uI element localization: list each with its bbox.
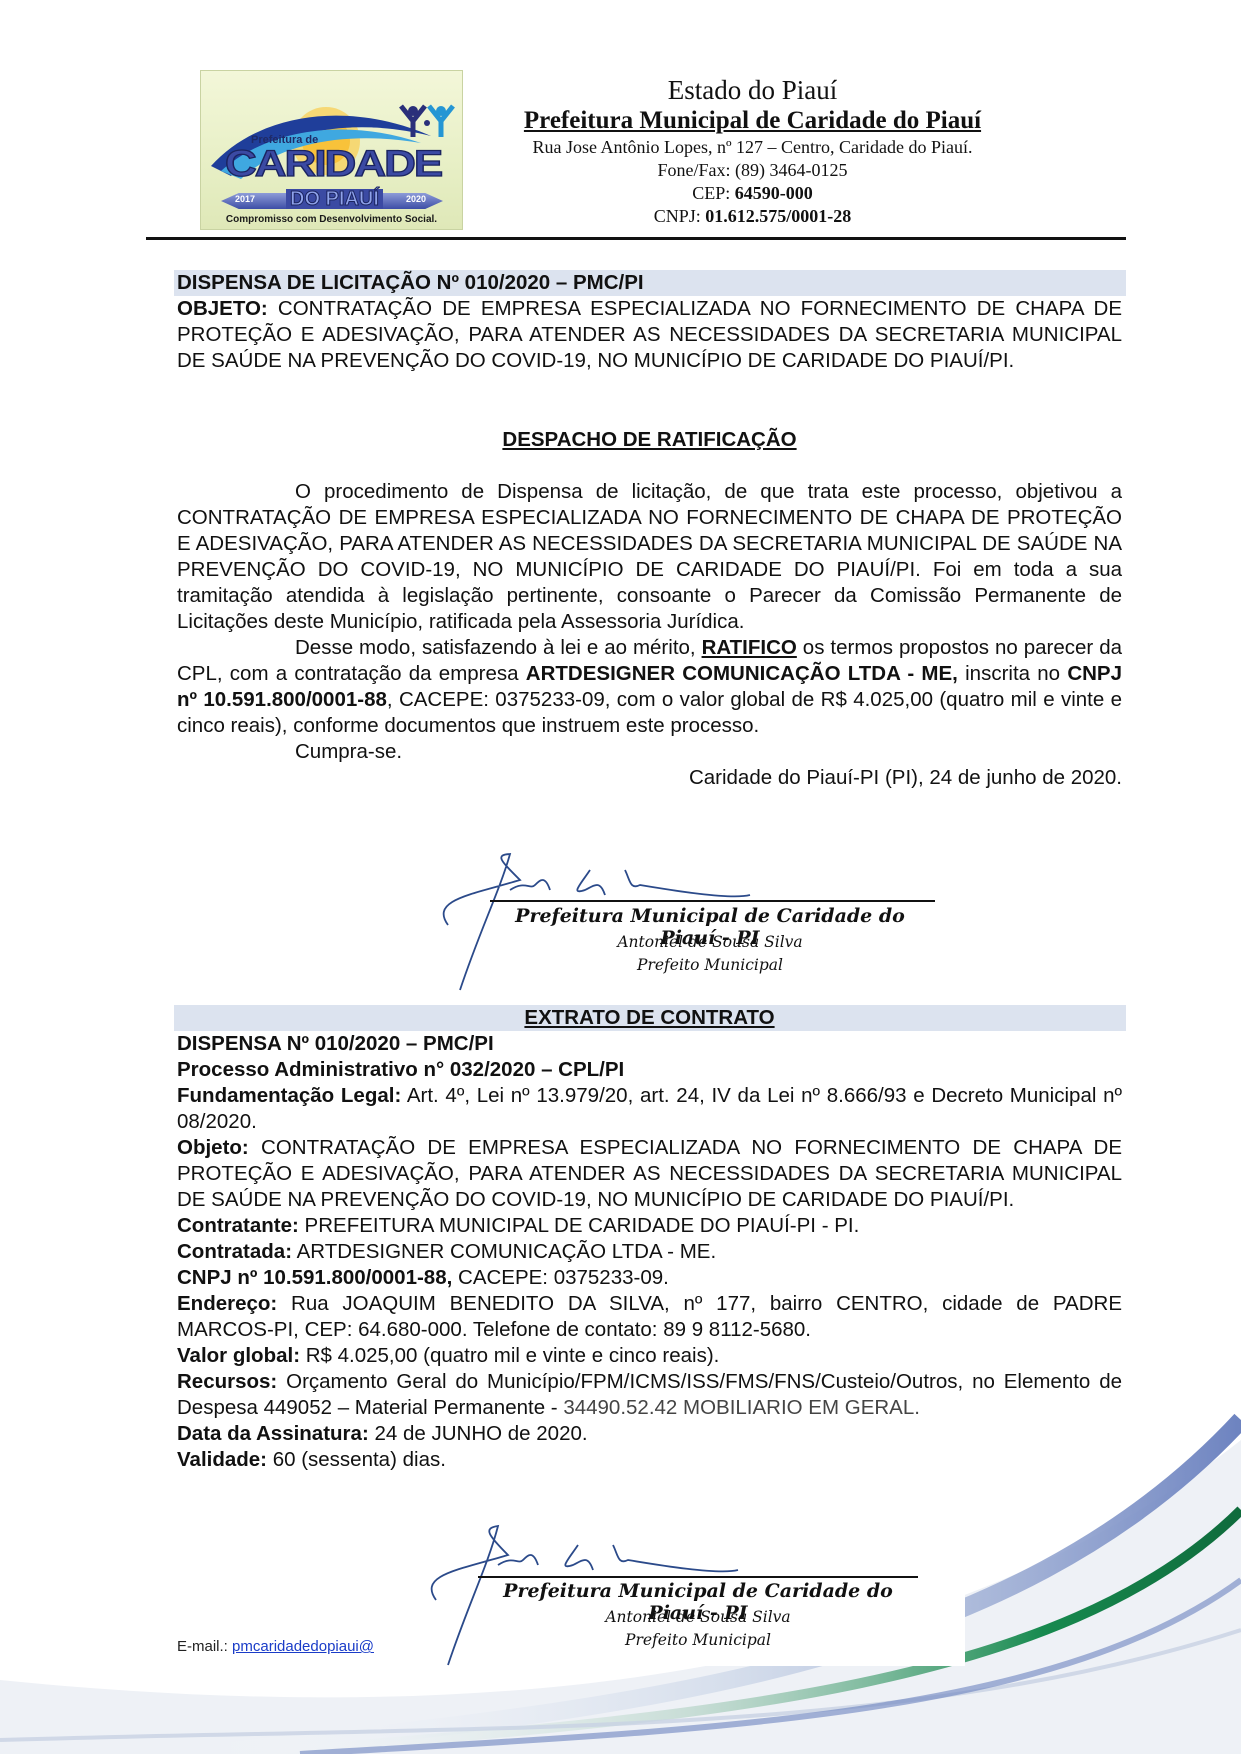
signature-role: Prefeito Municipal [485, 956, 935, 974]
phone: Fone/Fax: (89) 3464-0125 [480, 159, 1025, 182]
dispensa-title: DISPENSA DE LICITAÇÃO Nº 010/2020 – PMC/… [177, 270, 1122, 296]
signature-block: Prefeitura Municipal de Caridade do Piau… [418, 1520, 978, 1670]
field-data-assinatura: Data da Assinatura: 24 de JUNHO de 2020. [177, 1421, 1122, 1447]
field-recursos: Recursos: Orçamento Geral do Município/F… [177, 1369, 1122, 1421]
objeto-label: OBJETO: [177, 297, 268, 320]
header-divider [146, 237, 1126, 240]
signature-block: Prefeitura Municipal de Caridade do Piau… [430, 850, 990, 1000]
cep: CEP: 64590-000 [480, 182, 1025, 205]
municipality-logo: Prefeitura de CARIDADE 2017 2020 DO PIAU… [200, 70, 463, 230]
logo-name: CARIDADE [225, 143, 441, 186]
ratifico: RATIFICO [702, 636, 797, 659]
logo-year-end: 2020 [406, 194, 426, 204]
field-cnpj: CNPJ nº 10.591.800/0001-88, CACEPE: 0375… [177, 1265, 1122, 1291]
objeto-text: CONTRATAÇÃO DE EMPRESA ESPECIALIZADA NO … [177, 297, 1122, 372]
company-name: ARTDESIGNER COMUNICAÇÃO LTDA - ME, [526, 662, 958, 685]
logo-subtitle: DO PIAUÍ [286, 189, 383, 209]
cnpj-value: 01.612.575/0001-28 [705, 206, 851, 226]
field-objeto: Objeto: CONTRATAÇÃO DE EMPRESA ESPECIALI… [177, 1135, 1122, 1213]
field-validade: Validade: 60 (sessenta) dias. [177, 1447, 1122, 1473]
dispensa-objeto: OBJETO: CONTRATAÇÃO DE EMPRESA ESPECIALI… [177, 296, 1122, 374]
extrato-section: EXTRATO DE CONTRATO DISPENSA Nº 010/2020… [177, 1005, 1122, 1473]
letterhead: Estado do Piauí Prefeitura Municipal de … [480, 74, 1025, 228]
logo-tagline: Compromisso com Desenvolvimento Social. [201, 214, 462, 225]
municipality-name: Prefeitura Municipal de Caridade do Piau… [480, 106, 1025, 136]
logo-year-start: 2017 [235, 194, 255, 204]
cumpra-se: Cumpra-se. [177, 739, 1122, 765]
field-valor: Valor global: R$ 4.025,00 (quatro mil e … [177, 1343, 1122, 1369]
field-contratante: Contratante: PREFEITURA MUNICIPAL DE CAR… [177, 1213, 1122, 1239]
cnpj: CNPJ: 01.612.575/0001-28 [480, 205, 1025, 228]
email-label: E-mail.: [177, 1638, 232, 1655]
dispensa-section: DISPENSA DE LICITAÇÃO Nº 010/2020 – PMC/… [177, 270, 1122, 374]
cep-label: CEP: [692, 183, 735, 203]
address: Rua Jose Antônio Lopes, nº 127 – Centro,… [480, 136, 1025, 159]
field-contratada: Contratada: ARTDESIGNER COMUNICAÇÃO LTDA… [177, 1239, 1122, 1265]
signature-role: Prefeito Municipal [473, 1631, 923, 1649]
place-date: Caridade do Piauí-PI (PI), 24 de junho d… [177, 765, 1122, 791]
extrato-title: EXTRATO DE CONTRATO [177, 1005, 1122, 1031]
signature-name: Antoniel de Sousa Silva [485, 933, 935, 951]
field-fundamentacao: Fundamentação Legal: Art. 4º, Lei nº 13.… [177, 1083, 1122, 1135]
signature-line [490, 900, 935, 902]
signature-line [478, 1576, 918, 1578]
despacho-section: DESPACHO DE RATIFICAÇÃO O procedimento d… [177, 427, 1122, 791]
extrato-processo: Processo Administrativo n° 032/2020 – CP… [177, 1057, 1122, 1083]
state-name: Estado do Piauí [480, 74, 1025, 106]
despacho-paragraph-2: Desse modo, satisfazendo à lei e ao méri… [177, 635, 1122, 739]
cnpj-label: CNPJ: [654, 206, 706, 226]
despacho-title: DESPACHO DE RATIFICAÇÃO [177, 427, 1122, 453]
extrato-dispensa: DISPENSA Nº 010/2020 – PMC/PI [177, 1031, 1122, 1057]
cep-value: 64590-000 [735, 183, 813, 203]
footer-email: E-mail.: pmcaridadedopiaui@ [177, 1638, 374, 1655]
signature-name: Antoniel de Sousa Silva [473, 1608, 923, 1626]
despacho-paragraph-1: O procedimento de Dispensa de licitação,… [177, 479, 1122, 635]
field-endereco: Endereço: Rua JOAQUIM BENEDITO DA SILVA,… [177, 1291, 1122, 1343]
email-link[interactable]: pmcaridadedopiaui@ [232, 1638, 374, 1655]
